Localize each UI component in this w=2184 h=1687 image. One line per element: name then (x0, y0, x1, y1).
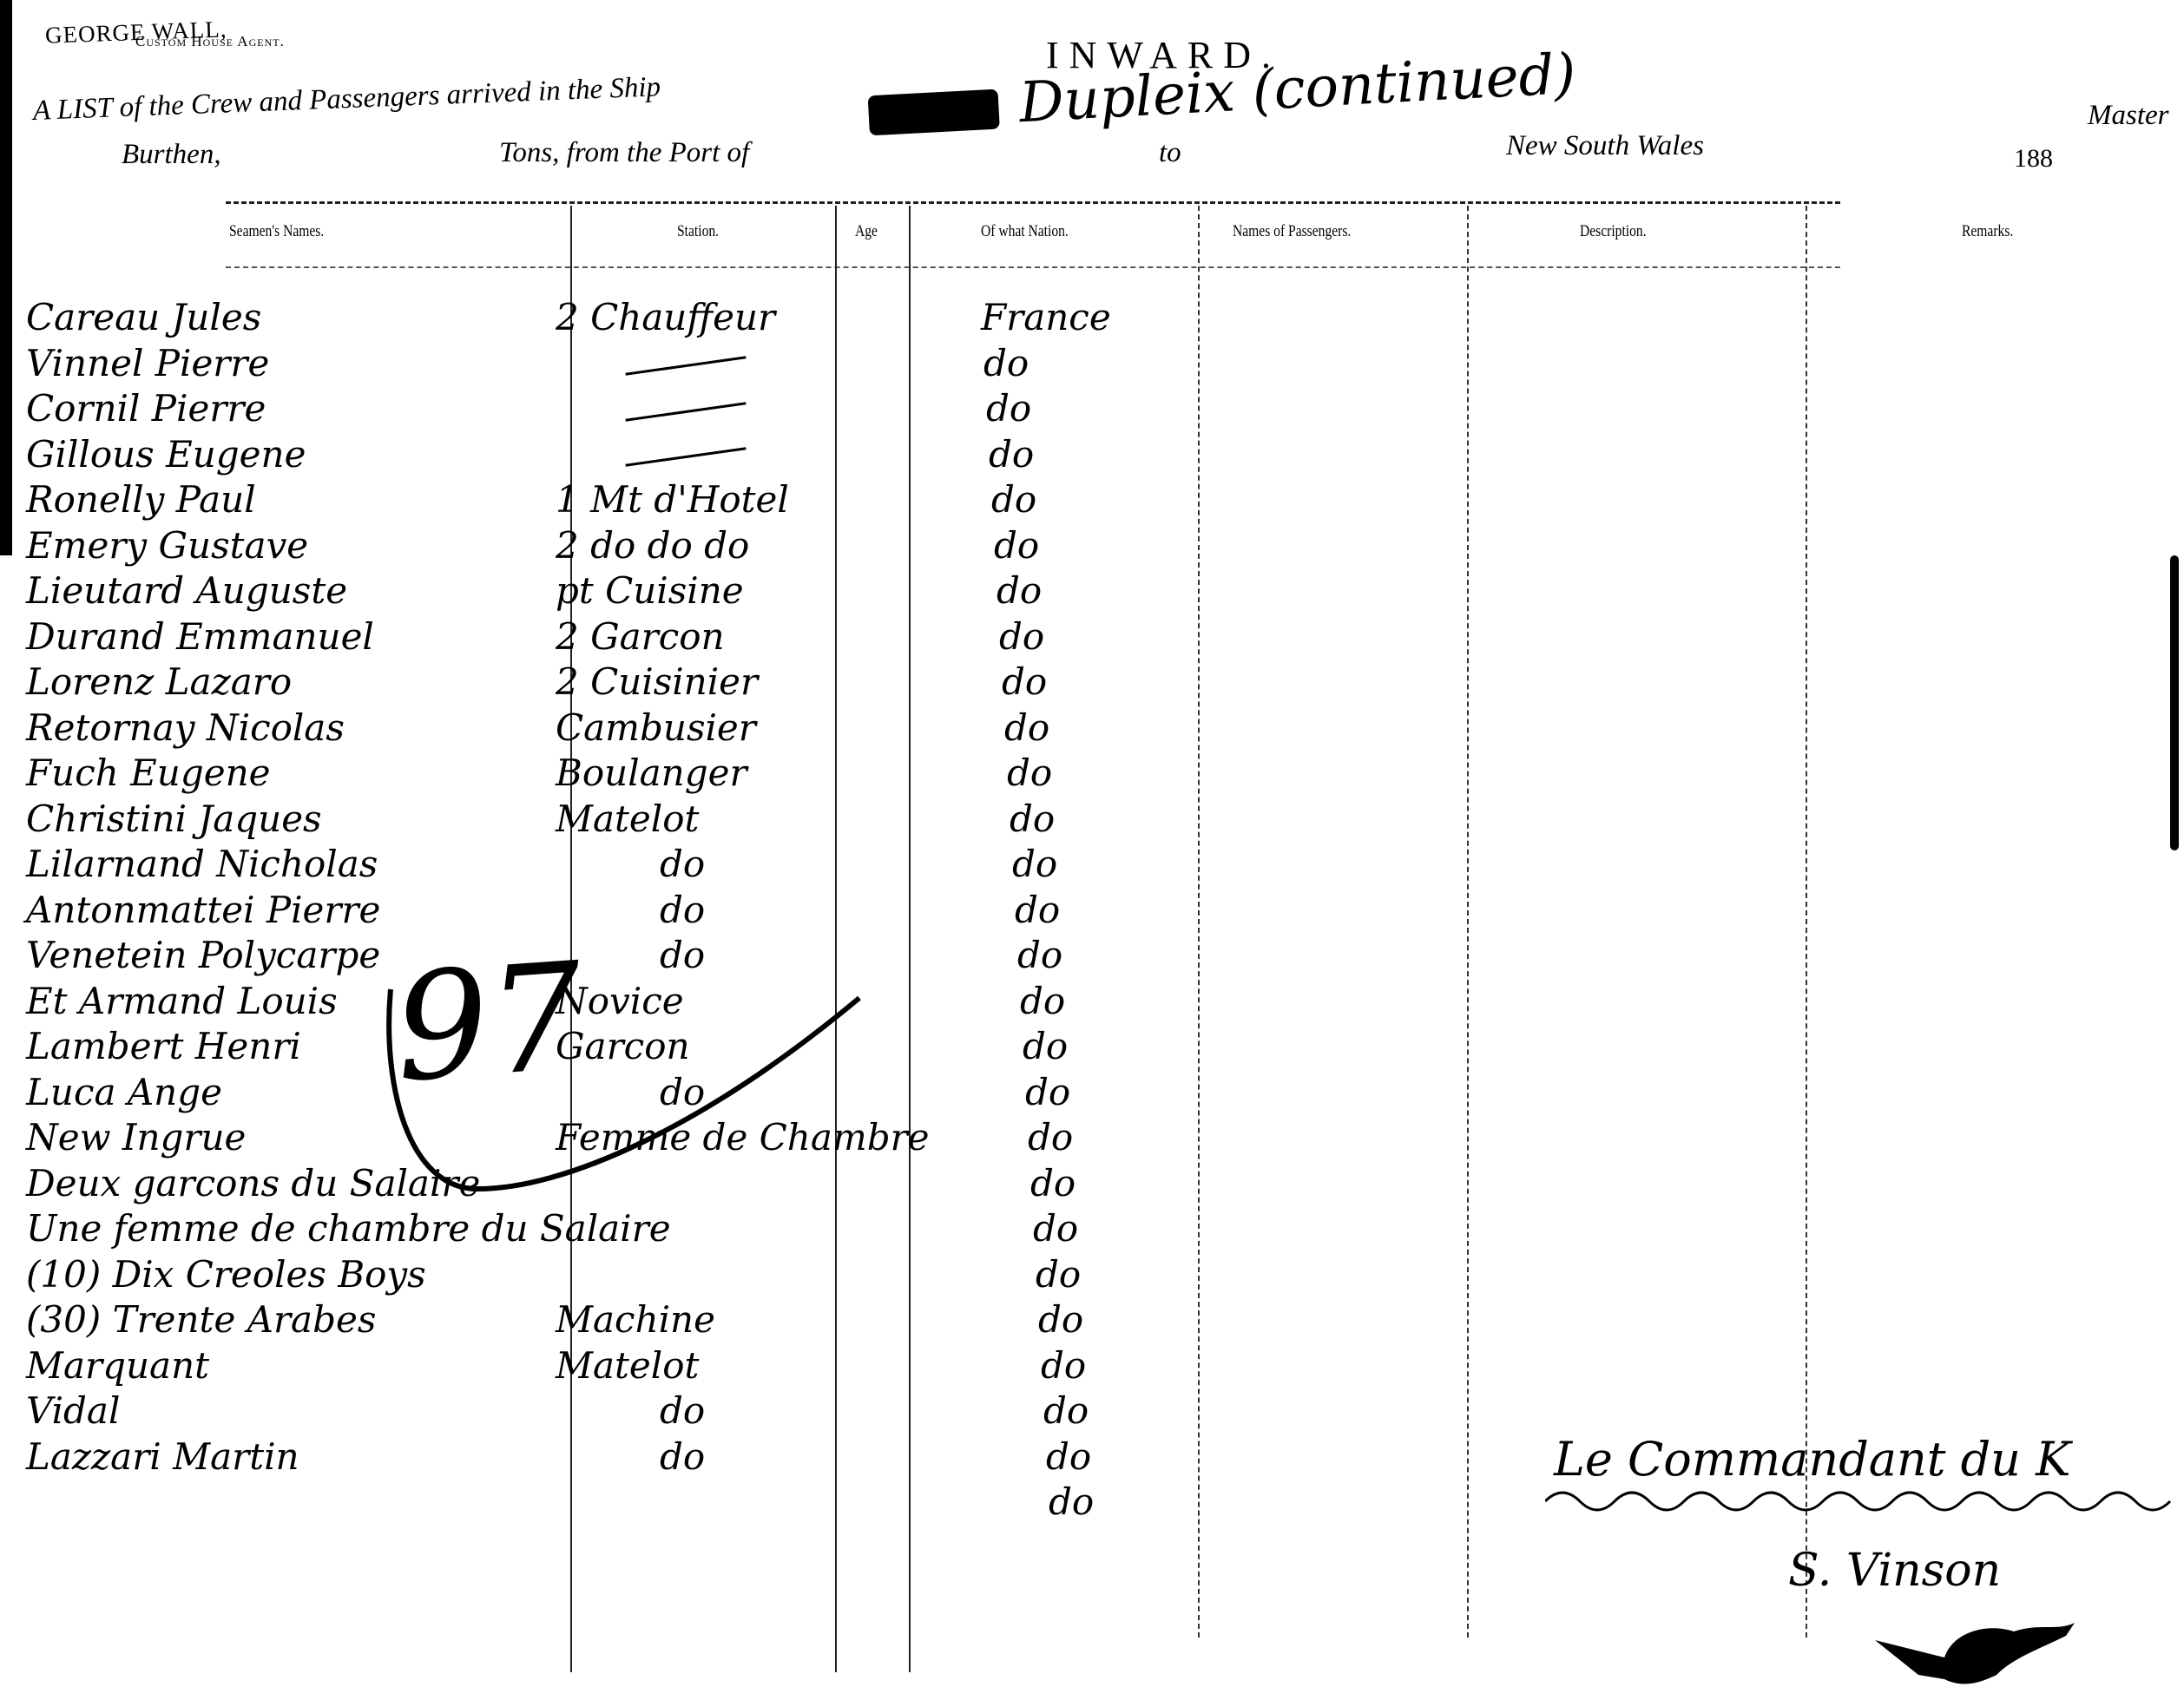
seaman-name: Fuch Eugene (26, 751, 270, 796)
seaman-name: Lieutard Auguste (26, 568, 347, 614)
nation: do (1012, 842, 1057, 887)
seaman-name: Et Armand Louis (26, 979, 338, 1024)
station: do (660, 888, 705, 933)
seaman-name: Christini Jaques (26, 797, 322, 842)
table-top-rule (226, 201, 1840, 204)
header-bottom-rule (226, 266, 1840, 268)
table-row: (30) Trente ArabesMachinedo (0, 1297, 2184, 1342)
ditto-dash (625, 402, 746, 421)
nation: do (1002, 660, 1047, 705)
seaman-name: Retornay Nicolas (26, 706, 345, 751)
nation: do (1015, 888, 1060, 933)
year-prefix: 188 (2014, 144, 2053, 174)
table-row: MarquantMatelotdo (0, 1343, 2184, 1388)
station: 2 Chauffeur (556, 295, 775, 340)
seaman-name: New Ingrue (26, 1115, 246, 1160)
seaman-name: Lazzari Martin (26, 1434, 299, 1480)
table-row: Cornil Pierredo (0, 386, 2184, 431)
nation: do (1033, 1206, 1078, 1251)
table-row: Durand Emmanuel2 Garcondo (0, 614, 2184, 660)
nation: do (1049, 1480, 1094, 1525)
table-row: Emery Gustave2 do do dodo (0, 523, 2184, 568)
to-label: to (1159, 137, 1181, 169)
table-row: Vidaldodo (0, 1388, 2184, 1434)
station: Cambusier (556, 706, 756, 751)
ditto-dash (625, 447, 746, 466)
nation: do (983, 341, 1029, 386)
station: Matelot (556, 797, 699, 842)
table-row: Gillous Eugenedo (0, 432, 2184, 477)
column-header-nation: Of what Nation. (981, 222, 1069, 241)
seaman-name: Marquant (26, 1343, 209, 1388)
nation: do (989, 432, 1034, 477)
struck-out-word (868, 89, 1000, 135)
nation: France (981, 295, 1111, 340)
station: do (660, 1388, 705, 1434)
seaman-name: Vidal (26, 1388, 120, 1434)
destination: New South Wales (1506, 130, 1704, 162)
nation: do (991, 477, 1036, 522)
seaman-name: Emery Gustave (26, 523, 308, 568)
station: Boulanger (556, 751, 747, 796)
list-heading: A LIST of the Crew and Passengers arrive… (32, 71, 661, 128)
nation: do (1010, 797, 1055, 842)
station (625, 386, 747, 431)
ditto-dash (625, 356, 746, 375)
table-row: Lambert HenriGarcondo (0, 1024, 2184, 1069)
nation: do (997, 568, 1042, 614)
station: Matelot (556, 1343, 699, 1388)
nation: do (1017, 933, 1062, 978)
seaman-name: Antonmattei Pierre (26, 888, 380, 933)
seaman-name: (10) Dix Creoles Boys (26, 1252, 426, 1297)
signature-underline (1545, 1484, 2184, 1519)
table-row: Ronelly Paul1 Mt d'Hoteldo (0, 477, 2184, 522)
seaman-name: Vinnel Pierre (26, 341, 269, 386)
station: 2 Cuisinier (556, 660, 758, 705)
column-header-remarks: Remarks. (1962, 222, 2013, 241)
station: do (660, 842, 705, 887)
nation: do (1030, 1161, 1076, 1206)
nation: do (1038, 1297, 1083, 1342)
seaman-name: Une femme de chambre du Salaire (26, 1206, 671, 1251)
nation: do (986, 386, 1031, 431)
table-row: Deux garcons du Salairedo (0, 1161, 2184, 1206)
table-row: (10) Dix Creoles Boysdo (0, 1252, 2184, 1297)
seaman-name: Luca Ange (26, 1070, 222, 1115)
nation: do (1023, 1024, 1068, 1069)
table-row: Vinnel Pierredo (0, 341, 2184, 386)
nation: do (1020, 979, 1065, 1024)
nation: do (1004, 706, 1049, 751)
station (625, 432, 747, 477)
nation: do (1036, 1252, 1081, 1297)
station: pt Cuisine (556, 568, 744, 614)
nation: do (1028, 1115, 1073, 1160)
seaman-name: Durand Emmanuel (26, 614, 374, 660)
agent-title: Custom House Agent. (135, 33, 285, 50)
nation: do (1025, 1070, 1070, 1115)
ink-blot (1866, 1597, 2092, 1687)
seaman-name: Gillous Eugene (26, 432, 306, 477)
station: 2 do do do (556, 523, 749, 568)
nation: do (999, 614, 1044, 660)
table-row: Lilarnand Nicholasdodo (0, 842, 2184, 887)
column-header-station: Station. (677, 222, 719, 241)
station: 1 Mt d'Hotel (556, 477, 789, 522)
nation: do (1046, 1434, 1091, 1480)
station: do (660, 1434, 705, 1480)
seaman-name: Ronelly Paul (26, 477, 256, 522)
table-row: Luca Angedodo (0, 1070, 2184, 1115)
station: Machine (556, 1297, 715, 1342)
station (625, 341, 747, 386)
table-row: New IngrueFemme de Chambredo (0, 1115, 2184, 1160)
column-header-seamens-names: Seamen's Names. (229, 222, 324, 241)
tons-label: Tons, from the Port of (499, 137, 749, 169)
seaman-name: Lilarnand Nicholas (26, 842, 378, 887)
seaman-name: (30) Trente Arabes (26, 1297, 376, 1342)
column-header-description: Description. (1580, 222, 1647, 241)
tally-swoosh (373, 981, 964, 1206)
seaman-name: Lorenz Lazaro (26, 660, 292, 705)
seaman-name: Venetein Polycarpe (26, 933, 380, 978)
table-row: Antonmattei Pierredodo (0, 888, 2184, 933)
nation: do (994, 523, 1039, 568)
table-row: Venetein Polycarpedodo (0, 933, 2184, 978)
table-row: Lieutard Augustept Cuisinedo (0, 568, 2184, 614)
master-label: Master (2088, 100, 2169, 132)
signature-title: Le Commandant du K (1554, 1432, 2070, 1487)
nation: do (1007, 751, 1052, 796)
seaman-name: Cornil Pierre (26, 386, 266, 431)
table-row: Christini JaquesMatelotdo (0, 797, 2184, 842)
table-row: Et Armand LouisNovicedo (0, 979, 2184, 1024)
table-row: Fuch EugeneBoulangerdo (0, 751, 2184, 796)
signature-name: S. Vinson (1788, 1545, 2001, 1597)
column-header-passengers: Names of Passengers. (1233, 222, 1351, 241)
station: 2 Garcon (556, 614, 725, 660)
table-row: Careau Jules2 ChauffeurFrance (0, 295, 2184, 340)
table-row: Lorenz Lazaro2 Cuisinierdo (0, 660, 2184, 705)
seaman-name: Careau Jules (26, 295, 261, 340)
column-header-age: Age (855, 222, 878, 241)
station: do (660, 933, 705, 978)
nation: do (1041, 1343, 1086, 1388)
seaman-name: Lambert Henri (26, 1024, 301, 1069)
table-row: Une femme de chambre du Salairedo (0, 1206, 2184, 1251)
table-row: Retornay NicolasCambusierdo (0, 706, 2184, 751)
nation: do (1043, 1388, 1089, 1434)
burthen-label: Burthen, (122, 139, 221, 171)
